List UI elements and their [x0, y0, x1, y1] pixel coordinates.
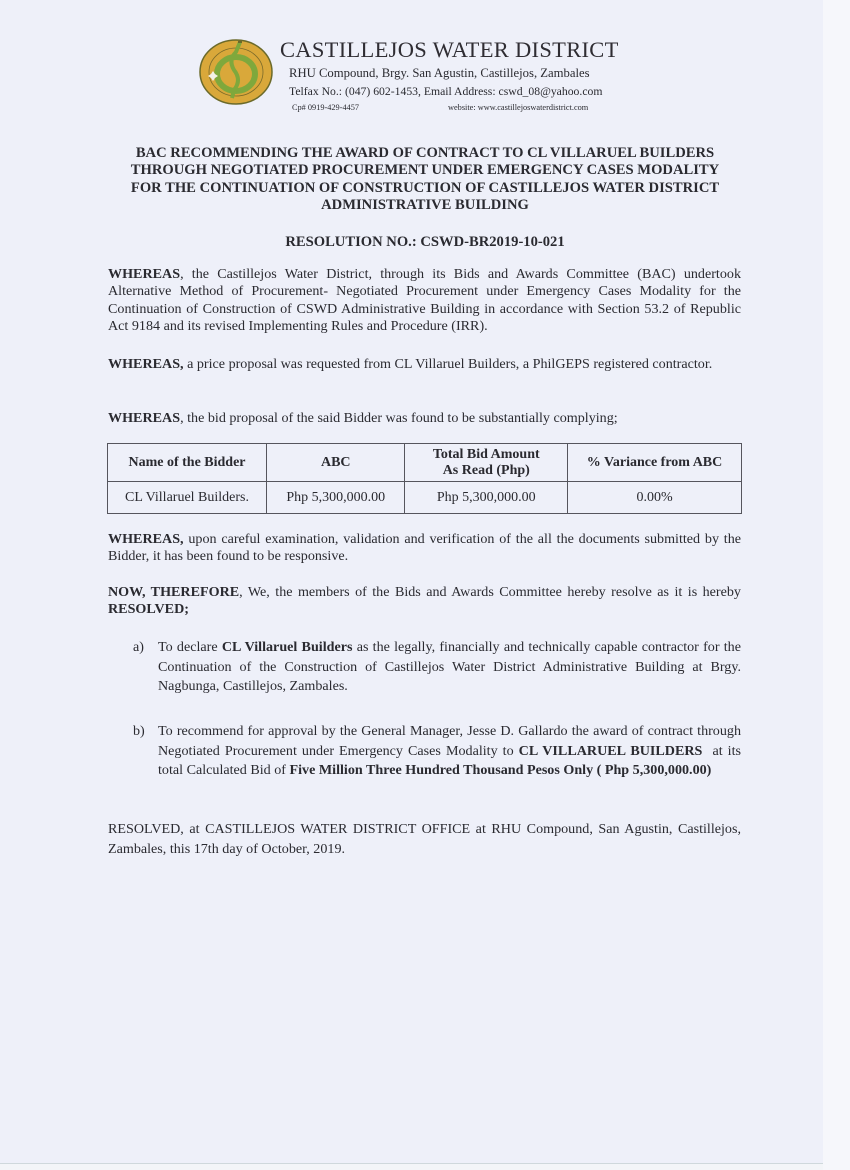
- contractor-name: CL Villaruel Builders: [222, 639, 353, 655]
- whereas-clause: WHEREAS, the Castillejos Water District,…: [108, 266, 741, 336]
- resolved-label: RESOLVED;: [108, 601, 189, 617]
- table-header-row: Name of the Bidder ABC Total Bid Amount …: [108, 444, 742, 482]
- org-contact: Telfax No.: (047) 602-1453, Email Addres…: [289, 85, 602, 98]
- whereas-text: , the bid proposal of the said Bidder wa…: [180, 410, 618, 426]
- whereas-lead: WHEREAS: [108, 410, 180, 426]
- whereas-lead: WHEREAS: [108, 266, 180, 282]
- scan-edge-right: [823, 0, 850, 1170]
- table-row: CL Villaruel Builders. Php 5,300,000.00 …: [108, 482, 742, 514]
- item-marker: b): [133, 722, 145, 742]
- document-title: BAC RECOMMENDING THE AWARD OF CONTRACT T…: [100, 145, 750, 214]
- castillejos-water-district-seal-icon: [198, 38, 274, 106]
- cell-total-bid: Php 5,300,000.00: [405, 482, 568, 514]
- cell-abc: Php 5,300,000.00: [267, 482, 405, 514]
- resolution-number: RESOLUTION NO.: CSWD-BR2019-10-021: [100, 234, 750, 251]
- org-cellphone: Cp# 0919-429-4457: [292, 103, 359, 112]
- scan-edge-bottom: [0, 1163, 823, 1170]
- title-line: THROUGH NEGOTIATED PROCUREMENT UNDER EME…: [100, 162, 750, 179]
- item-text-part: To declare: [158, 639, 222, 655]
- title-line: BAC RECOMMENDING THE AWARD OF CONTRACT T…: [100, 145, 750, 162]
- whereas-clause: WHEREAS, upon careful examination, valid…: [108, 531, 741, 566]
- whereas-text: a price proposal was requested from CL V…: [184, 356, 713, 372]
- org-website: website: www.castillejoswaterdistrict.co…: [448, 103, 588, 112]
- bid-amount-words: Five Million Three Hundred Thousand Peso…: [290, 762, 712, 778]
- resolution-item-a: a) To declare CL Villaruel Builders as t…: [133, 638, 741, 697]
- whereas-lead: WHEREAS,: [108, 531, 184, 547]
- item-marker: a): [133, 638, 144, 658]
- cell-bidder-name: CL Villaruel Builders.: [108, 482, 267, 514]
- item-text: To recommend for approval by the General…: [158, 722, 741, 781]
- now-therefore-clause: NOW, THEREFORE, We, the members of the B…: [108, 584, 741, 619]
- header-abc: ABC: [267, 444, 405, 482]
- whereas-clause: WHEREAS, the bid proposal of the said Bi…: [108, 410, 741, 427]
- whereas-text: , the Castillejos Water District, throug…: [108, 266, 741, 334]
- header-bidder-name: Name of the Bidder: [108, 444, 267, 482]
- contractor-name: CL VILLARUEL BUILDERS: [519, 743, 703, 759]
- org-address: RHU Compound, Brgy. San Agustin, Castill…: [289, 66, 590, 81]
- bid-table: Name of the Bidder ABC Total Bid Amount …: [107, 443, 742, 514]
- header-total-bid-text: Total Bid Amount As Read (Php): [426, 447, 546, 479]
- org-name: CASTILLEJOS WATER DISTRICT: [280, 37, 619, 63]
- whereas-lead: WHEREAS,: [108, 356, 184, 372]
- resolution-item-b: b) To recommend for approval by the Gene…: [133, 722, 741, 781]
- whereas-text: upon careful examination, validation and…: [108, 531, 741, 564]
- now-therefore-text: , We, the members of the Bids and Awards…: [239, 584, 741, 600]
- cell-variance: 0.00%: [568, 482, 742, 514]
- whereas-clause: WHEREAS, a price proposal was requested …: [108, 356, 741, 373]
- title-line: FOR THE CONTINUATION OF CONSTRUCTION OF …: [100, 180, 750, 197]
- item-text: To declare CL Villaruel Builders as the …: [158, 638, 741, 697]
- header-total-bid: Total Bid Amount As Read (Php): [405, 444, 568, 482]
- now-therefore-lead: NOW, THEREFORE: [108, 584, 239, 600]
- title-line: ADMINISTRATIVE BUILDING: [100, 197, 750, 214]
- closing-statement: RESOLVED, at CASTILLEJOS WATER DISTRICT …: [108, 820, 741, 859]
- header-variance: % Variance from ABC: [568, 444, 742, 482]
